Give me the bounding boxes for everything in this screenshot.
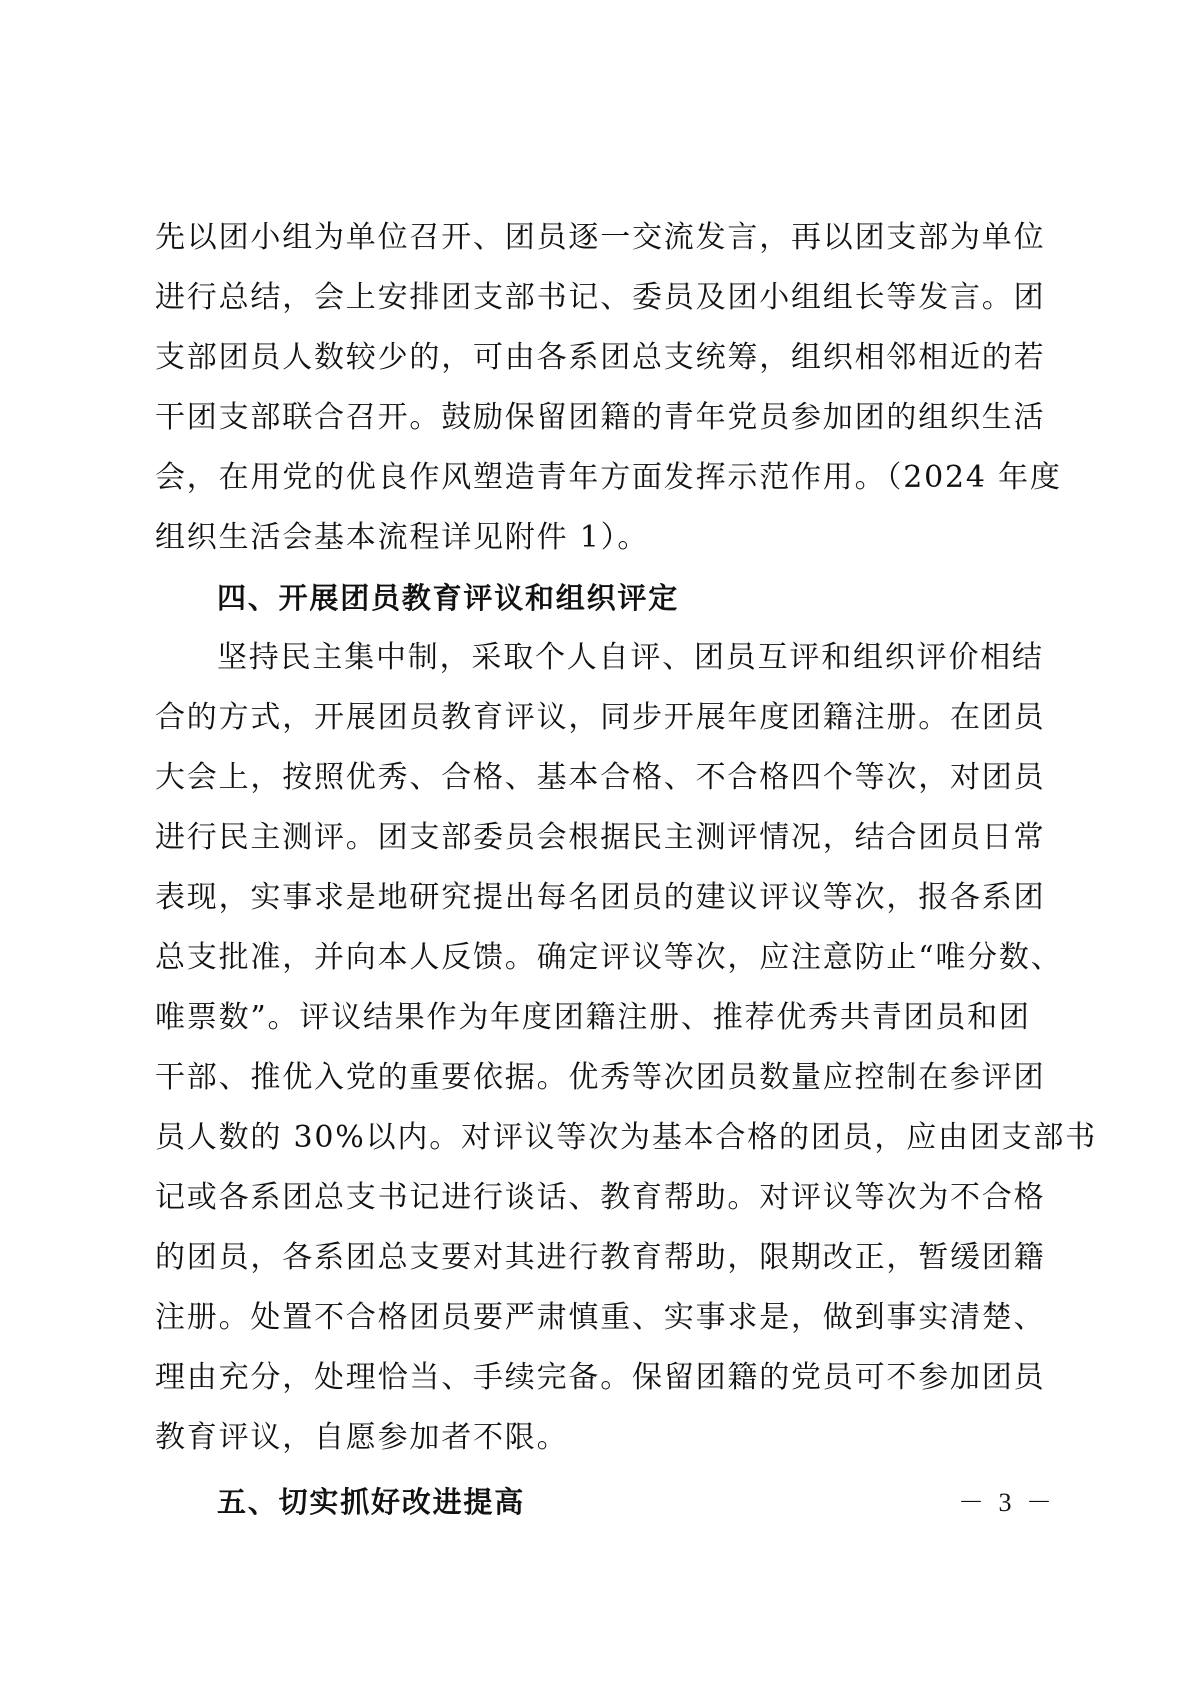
section-4-paragraph: 坚持民主集中制，采取个人自评、团员互评和组织评价相结 合的方式，开展团员教育评议…: [155, 628, 1035, 1468]
text-line: 支部团员人数较少的，可由各系团总支统筹，组织相邻相近的若: [155, 328, 1035, 388]
text-line: 会，在用党的优良作风塑造青年方面发挥示范作用。（2024 年度: [155, 448, 1035, 508]
text-line: 的团员，各系团总支要对其进行教育帮助，限期改正，暂缓团籍: [155, 1228, 1035, 1288]
text-line: 员人数的 30%以内。对评议等次为基本合格的团员，应由团支部书: [155, 1108, 1035, 1168]
document-page: 先以团小组为单位召开、团员逐一交流发言，再以团支部为单位 进行总结，会上安排团支…: [155, 208, 1035, 1532]
text-line: 总支批准，并向本人反馈。确定评议等次，应注意防止“唯分数、: [155, 928, 1035, 988]
text-line: 进行总结，会上安排团支部书记、委员及团小组组长等发言。团: [155, 268, 1035, 328]
text-line: 坚持民主集中制，采取个人自评、团员互评和组织评价相结: [155, 628, 1035, 688]
text-line: 记或各系团总支书记进行谈话、教育帮助。对评议等次为不合格: [155, 1168, 1035, 1228]
text-line: 教育评议，自愿参加者不限。: [155, 1408, 1035, 1468]
text-line: 表现，实事求是地研究提出每名团员的建议评议等次，报各系团: [155, 868, 1035, 928]
section-heading-5: 五、切实抓好改进提高: [155, 1472, 1035, 1532]
text-line: 大会上，按照优秀、合格、基本合格、不合格四个等次，对团员: [155, 748, 1035, 808]
text-line: 先以团小组为单位召开、团员逐一交流发言，再以团支部为单位: [155, 208, 1035, 268]
page-number: － 3 －: [958, 1482, 1056, 1519]
text-line: 注册。处置不合格团员要严肃慎重、实事求是，做到事实清楚、: [155, 1288, 1035, 1348]
text-line: 进行民主测评。团支部委员会根据民主测评情况，结合团员日常: [155, 808, 1035, 868]
text-line: 唯票数”。评议结果作为年度团籍注册、推荐优秀共青团员和团: [155, 988, 1035, 1048]
paragraph-continuation: 先以团小组为单位召开、团员逐一交流发言，再以团支部为单位 进行总结，会上安排团支…: [155, 208, 1035, 568]
text-line: 组织生活会基本流程详见附件 1）。: [155, 508, 1035, 568]
section-heading-4: 四、开展团员教育评议和组织评定: [155, 568, 1035, 628]
text-line: 干团支部联合召开。鼓励保留团籍的青年党员参加团的组织生活: [155, 388, 1035, 448]
text-line: 合的方式，开展团员教育评议，同步开展年度团籍注册。在团员: [155, 688, 1035, 748]
text-line: 干部、推优入党的重要依据。优秀等次团员数量应控制在参评团: [155, 1048, 1035, 1108]
text-line: 理由充分，处理恰当、手续完备。保留团籍的党员可不参加团员: [155, 1348, 1035, 1408]
